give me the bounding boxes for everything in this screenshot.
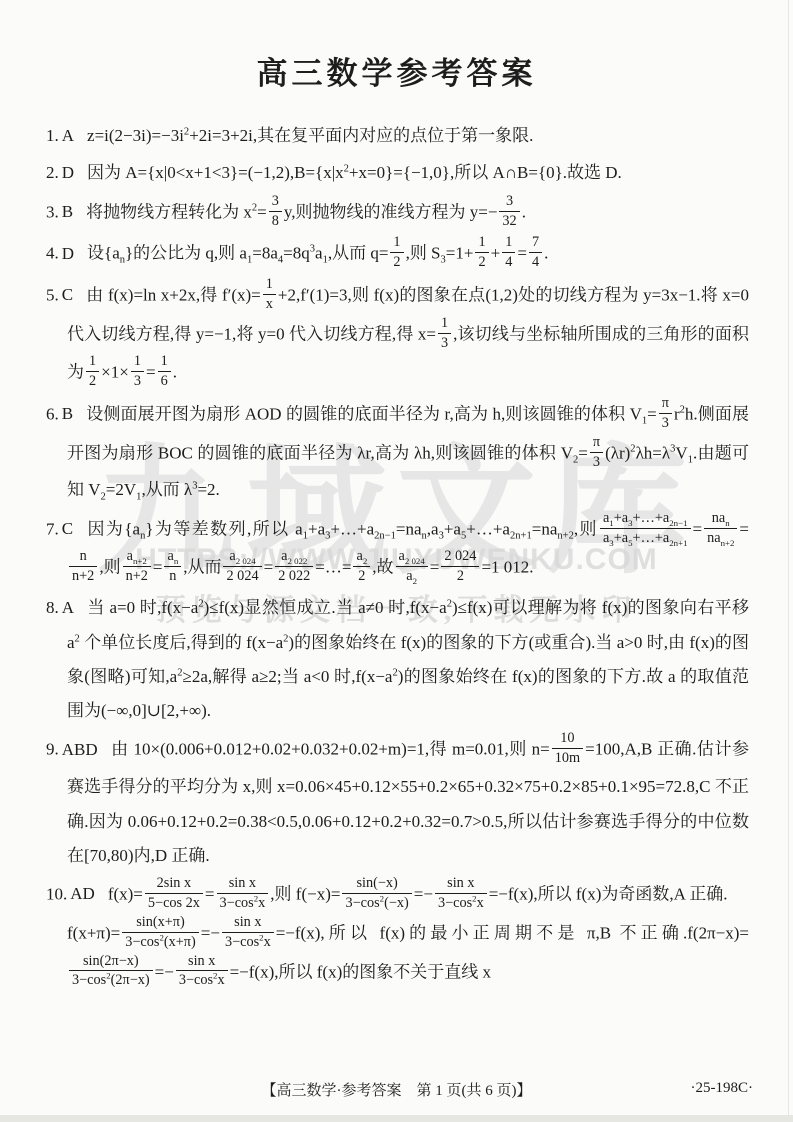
fraction: an+2n+2 xyxy=(123,547,151,586)
item-paragraph: 5.C由 f(x)=ln x+2x,得 f′(x)=1x+2,f′(1)=3,则… xyxy=(46,277,749,393)
fraction: π3 xyxy=(590,433,603,472)
subscript: 2 024 xyxy=(236,556,256,566)
superscript: 2 xyxy=(198,599,203,610)
fraction: a2 0242 024 xyxy=(223,547,261,586)
fraction: 74 xyxy=(529,233,542,272)
item-number: 7. xyxy=(46,519,59,538)
footer-caption: 【高三数学·参考答案 第 1 页(共 6 页)】 xyxy=(262,1083,532,1099)
fraction: 14 xyxy=(502,233,515,272)
item-answer: A xyxy=(62,126,74,145)
superscript: 2 xyxy=(159,932,163,942)
item-paragraph: 7.C因为{an}为等差数列,所以 a1+a3+…+a2n−1=nan,a3+a… xyxy=(46,511,749,588)
subscript: 1 xyxy=(688,454,693,465)
item-number: 4. xyxy=(46,244,59,263)
fraction: 38 xyxy=(269,192,282,231)
fraction: 2sin x5−cos 2x xyxy=(145,874,203,913)
subscript: 2 024 xyxy=(405,556,425,566)
subscript: 2n−1 xyxy=(374,530,396,541)
fraction: a2 0222 022 xyxy=(275,547,313,586)
item-number: 2. xyxy=(46,163,59,182)
item-paragraph: 1.Az=i(2−3i)=−3i2+2i=3+2i,其在复平面内对应的点位于第一… xyxy=(46,119,749,153)
footer-page-code: ·25-198C· xyxy=(691,1080,754,1097)
subscript: 2n+1 xyxy=(510,530,532,541)
page-title: 高三数学参考答案 xyxy=(0,48,793,93)
fraction: 2 0242 xyxy=(441,547,479,586)
answer-item: 7.C因为{an}为等差数列,所以 a1+a3+…+a2n−1=nan,a3+a… xyxy=(46,511,749,588)
item-number: 6. xyxy=(46,404,59,423)
fraction: nn+2 xyxy=(69,547,97,586)
superscript: 2 xyxy=(259,932,263,942)
superscript: 2 xyxy=(344,164,349,175)
fraction: 1010m xyxy=(552,729,583,768)
item-answer: A xyxy=(62,598,74,617)
superscript: 2 xyxy=(392,667,397,678)
superscript: 2 xyxy=(630,443,635,454)
item-number: 5. xyxy=(46,285,59,304)
subscript: n xyxy=(174,556,178,566)
fraction: a1+a3+…+a2n−1a3+a5+…+a2n+1 xyxy=(600,509,691,548)
fraction: 16 xyxy=(158,352,171,391)
subscript: 2 xyxy=(413,576,417,586)
subscript: 3 xyxy=(441,255,446,266)
superscript: 2 xyxy=(252,202,257,213)
superscript: 2 xyxy=(75,633,80,644)
subscript: 4 xyxy=(278,255,283,266)
superscript: 2 xyxy=(447,599,452,610)
superscript: 2 xyxy=(283,633,288,644)
answer-list: 1.Az=i(2−3i)=−3i2+2i=3+2i,其在复平面内对应的点位于第一… xyxy=(46,119,749,992)
superscript: 2 xyxy=(472,893,476,903)
item-answer: B xyxy=(62,404,73,423)
fraction: nannan+2 xyxy=(704,509,737,548)
subscript: 1 xyxy=(609,518,613,528)
item-paragraph: 8.A当 a=0 时,f(x−a2)≤f(x)显然恒成立.当 a≠0 时,f(x… xyxy=(46,591,749,728)
subscript: 3 xyxy=(628,518,632,528)
answer-item: 4.D设{an}的公比为 q,则 a1=8a4=8q3a1,从而 q=12,则 … xyxy=(46,235,749,274)
subscript: 3 xyxy=(325,530,330,541)
fraction: sin x3−cos2x xyxy=(217,874,269,913)
item-paragraph: 10.ADf(x)=2sin x5−cos 2x=sin x3−cos2x,则 … xyxy=(46,876,749,915)
answer-item: 10.ADf(x)=2sin x5−cos 2x=sin x3−cos2x,则 … xyxy=(46,876,749,992)
superscript: 2 xyxy=(184,126,189,137)
subscript: n+2 xyxy=(721,537,735,547)
item-paragraph: 6.B设侧面展开图为扇形 AOD 的圆锥的底面半径为 r,高为 h,则该圆锥的体… xyxy=(46,396,749,508)
item-answer: C xyxy=(62,285,73,304)
subscript: 2 xyxy=(101,492,106,503)
subscript: 2 xyxy=(573,454,578,465)
fraction: 13 xyxy=(131,352,144,391)
subscript: n xyxy=(140,530,145,541)
subscript: n xyxy=(725,518,729,528)
subscript: 1 xyxy=(247,255,252,266)
answer-item: 3.B将抛物线方程转化为 x2=38y,则抛物线的准线方程为 y=−332. xyxy=(46,194,749,233)
page-bottom-band xyxy=(0,1115,793,1122)
item-paragraph: 4.D设{an}的公比为 q,则 a1=8a4=8q3a1,从而 q=12,则 … xyxy=(46,235,749,274)
item-number: 1. xyxy=(46,126,59,145)
fraction: sin(2π−x)3−cos2(2π−x) xyxy=(69,952,153,991)
superscript: 2 xyxy=(680,405,685,416)
subscript: 1 xyxy=(642,416,647,427)
item-number: 9. xyxy=(46,740,59,759)
subscript: 2 xyxy=(363,556,367,566)
fraction: 12 xyxy=(390,233,403,272)
item-answer: B xyxy=(62,202,73,221)
item-answer: D xyxy=(62,163,74,182)
subscript: 5 xyxy=(461,530,466,541)
item-paragraph: 3.B将抛物线方程转化为 x2=38y,则抛物线的准线方程为 y=−332. xyxy=(46,194,749,233)
answer-item: 5.C由 f(x)=ln x+2x,得 f′(x)=1x+2,f′(1)=3,则… xyxy=(46,277,749,393)
fraction: sin x3−cos2x xyxy=(222,913,274,952)
fraction: a22 xyxy=(353,547,370,586)
subscript: 5 xyxy=(628,537,632,547)
item-paragraph: 9.ABD由 10×(0.006+0.012+0.02+0.032+0.02+m… xyxy=(46,731,749,873)
subscript: 2 022 xyxy=(287,556,307,566)
answer-item: 6.B设侧面展开图为扇形 AOD 的圆锥的底面半径为 r,高为 h,则该圆锥的体… xyxy=(46,396,749,508)
answer-item: 8.A当 a=0 时,f(x−a2)≤f(x)显然恒成立.当 a≠0 时,f(x… xyxy=(46,591,749,728)
item-answer: ABD xyxy=(62,740,98,759)
fraction: sin x3−cos2x xyxy=(435,874,487,913)
item-number: 10. xyxy=(46,884,67,903)
item-number: 8. xyxy=(46,598,59,617)
fraction: sin(x+π)3−cos2(x+π) xyxy=(122,913,199,952)
item-number: 3. xyxy=(46,202,59,221)
superscript: 2 xyxy=(380,893,384,903)
item-paragraph: 2.D因为 A={x|0<x+1<3}=(−1,2),B={x|x2+x=0}=… xyxy=(46,156,749,190)
subscript: 1 xyxy=(323,255,328,266)
answer-item: 2.D因为 A={x|0<x+1<3}=(−1,2),B={x|x2+x=0}=… xyxy=(46,156,749,190)
item-paragraph: f(x+π)=sin(x+π)3−cos2(x+π)=−sin x3−cos2x… xyxy=(46,915,749,992)
fraction: π3 xyxy=(659,394,672,433)
answer-item: 1.Az=i(2−3i)=−3i2+2i=3+2i,其在复平面内对应的点位于第一… xyxy=(46,119,749,153)
fraction: sin(−x)3−cos2(−x) xyxy=(342,874,411,913)
subscript: 2n−1 xyxy=(669,518,687,528)
superscript: 3 xyxy=(192,481,197,492)
answer-item: 9.ABD由 10×(0.006+0.012+0.02+0.032+0.02+m… xyxy=(46,731,749,873)
subscript: n+2 xyxy=(557,530,573,541)
superscript: 2 xyxy=(106,971,110,981)
fraction: 12 xyxy=(86,352,99,391)
superscript: 3 xyxy=(670,443,675,454)
fraction: 1x xyxy=(263,275,276,314)
page-footer: 【高三数学·参考答案 第 1 页(共 6 页)】 ·25-198C· xyxy=(0,1079,793,1100)
subscript: 2n+1 xyxy=(669,537,687,547)
subscript: 1 xyxy=(303,530,308,541)
fraction: 332 xyxy=(499,192,519,231)
subscript: 3 xyxy=(439,530,444,541)
item-answer: AD xyxy=(70,884,95,903)
item-answer: D xyxy=(62,244,74,263)
subscript: 3 xyxy=(609,537,613,547)
superscript: 3 xyxy=(310,244,315,255)
answer-sheet-page: 九域文库 HTTPS://WWW.JIUYUWENKU.COM 预览与源文档一致… xyxy=(0,0,793,1122)
subscript: 1 xyxy=(136,492,141,503)
item-answer: C xyxy=(62,519,73,538)
superscript: 2 xyxy=(177,667,182,678)
fraction: 12 xyxy=(475,233,488,272)
page-edge-line xyxy=(788,0,789,1122)
subscript: n xyxy=(120,255,125,266)
subscript: n+2 xyxy=(133,556,147,566)
fraction: sin x3−cos2x xyxy=(176,952,228,991)
superscript: 2 xyxy=(254,893,258,903)
superscript: 2 xyxy=(213,971,217,981)
subscript: n xyxy=(422,530,427,541)
fraction: 13 xyxy=(438,314,451,353)
fraction: a2 024a2 xyxy=(396,547,428,586)
fraction: ann xyxy=(164,547,181,586)
